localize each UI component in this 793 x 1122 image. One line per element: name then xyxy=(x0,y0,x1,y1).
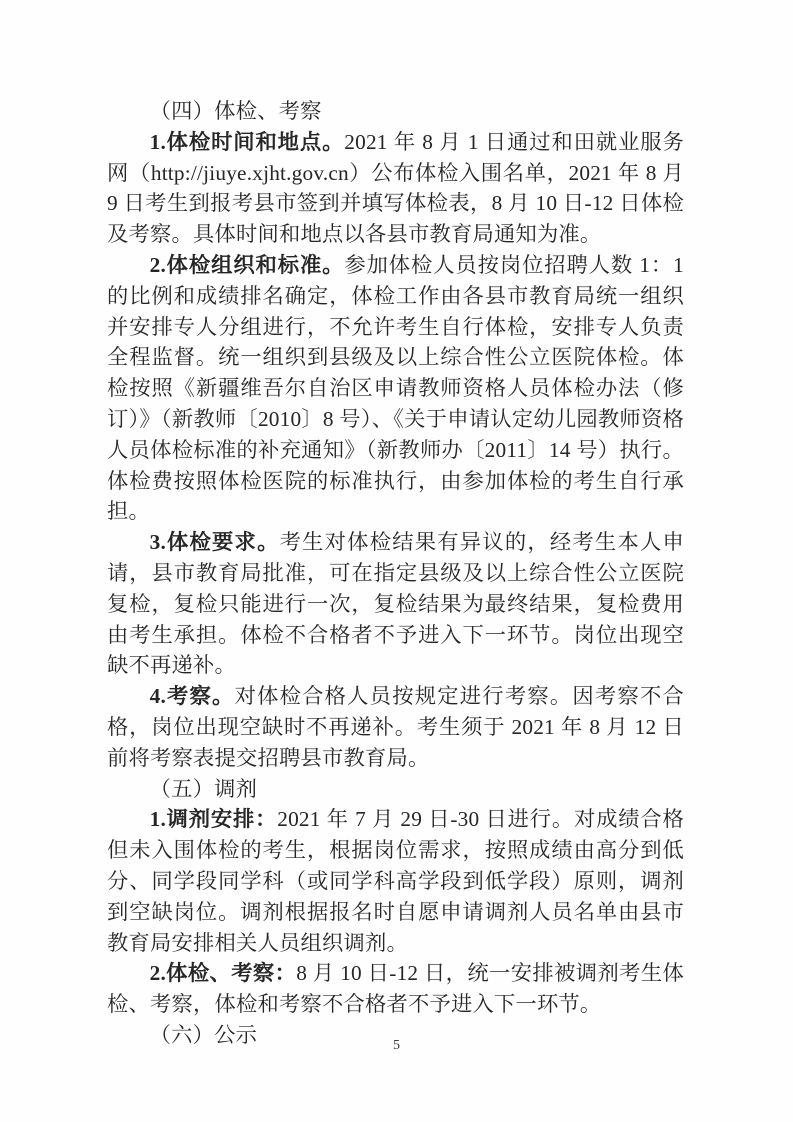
paragraph-lead: 2.体检、考察： xyxy=(150,961,297,985)
paragraph-text: 参加体检人员按岗位招聘人数 1：1 的比例和成绩排名确定，体检工作由各县市教育局… xyxy=(107,253,684,523)
paragraph-inspection: 4.考察。对体检合格人员按规定进行考察。因考察不合格，岗位出现空缺时不再递补。考… xyxy=(107,681,684,773)
paragraph-lead: 1.体检时间和地点。 xyxy=(150,130,345,154)
section-heading-adjustment: （五）调剂 xyxy=(107,774,684,805)
paragraph-lead: 3.体检要求。 xyxy=(150,530,280,554)
paragraph-adjustment-arrangement: 1.调剂安排：2021 年 7 月 29 日-30 日进行。对成绩合格但未入围体… xyxy=(107,804,684,958)
paragraph-adjustment-exam: 2.体检、考察：8 月 10 日-12 日，统一安排被调剂考生体检、考察，体检和… xyxy=(107,958,684,1020)
paragraph-exam-time-place: 1.体检时间和地点。2021 年 8 月 1 日通过和田就业服务网（http:/… xyxy=(107,127,684,250)
paragraph-lead: 4.考察。 xyxy=(150,684,235,708)
paragraph-lead: 2.体检组织和标准。 xyxy=(150,253,345,277)
document-page: （四）体检、考察 1.体检时间和地点。2021 年 8 月 1 日通过和田就业服… xyxy=(0,0,793,1122)
paragraph-lead: 1.调剂安排： xyxy=(150,807,278,831)
page-number: 5 xyxy=(0,1038,793,1054)
paragraph-exam-requirements: 3.体检要求。考生对体检结果有异议的，经考生本人申请，县市教育局批准，可在指定县… xyxy=(107,527,684,681)
paragraph-exam-organization: 2.体检组织和标准。参加体检人员按岗位招聘人数 1：1 的比例和成绩排名确定，体… xyxy=(107,250,684,527)
section-heading-physical-exam: （四）体检、考察 xyxy=(107,96,684,127)
document-content: （四）体检、考察 1.体检时间和地点。2021 年 8 月 1 日通过和田就业服… xyxy=(107,96,684,1051)
